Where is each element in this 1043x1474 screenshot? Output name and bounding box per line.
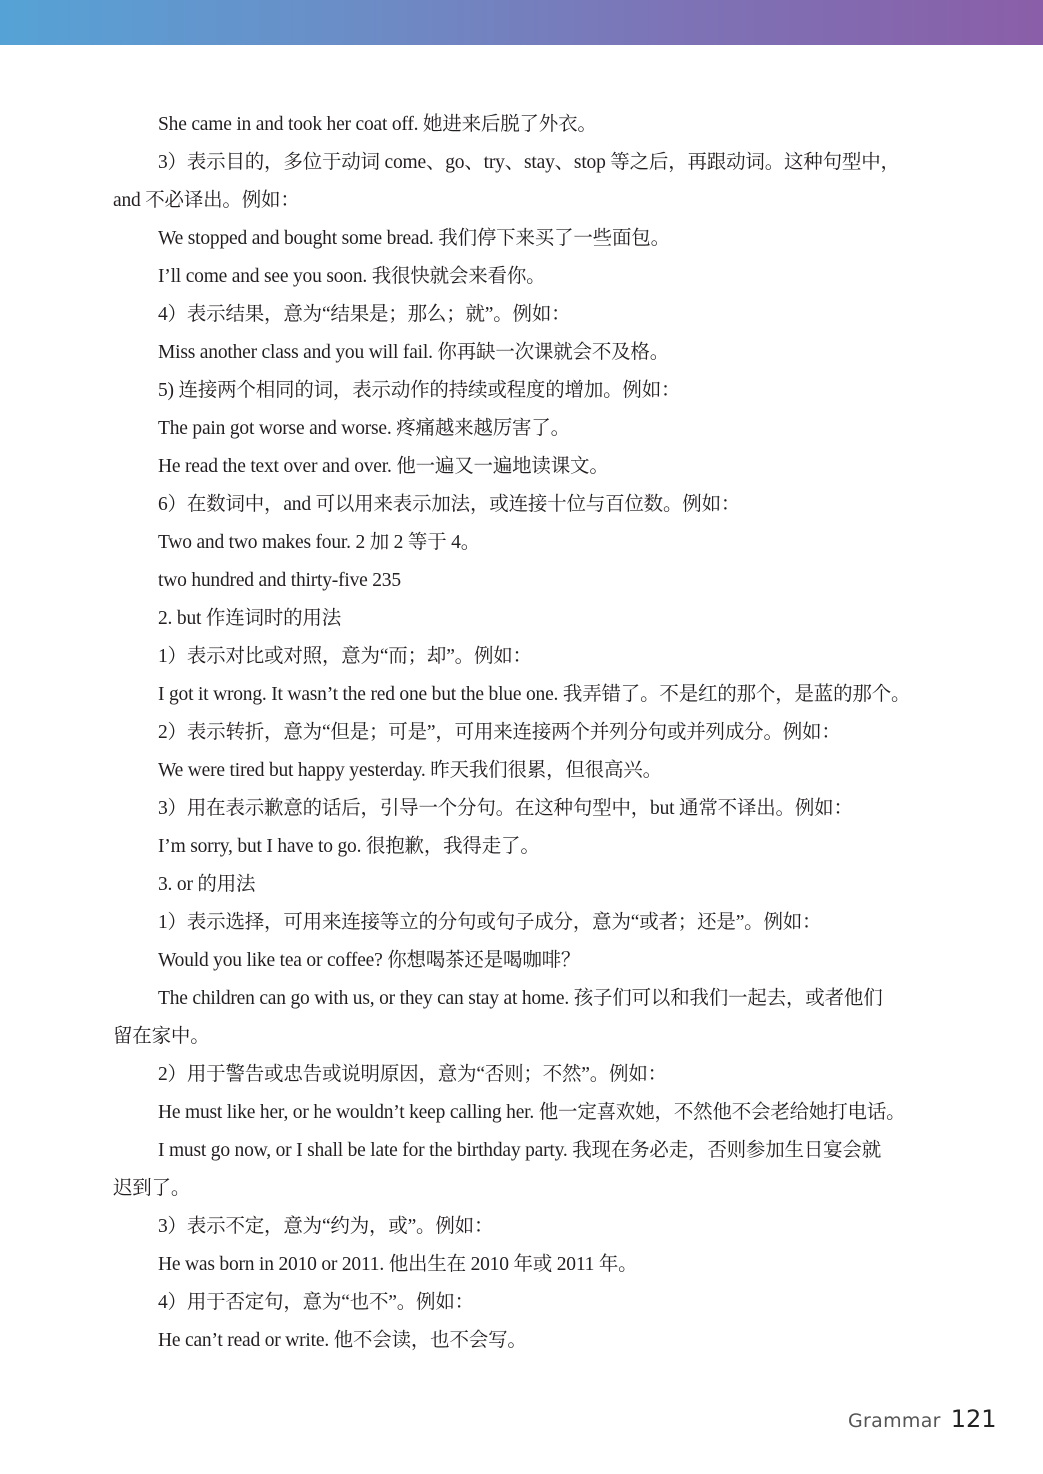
- text-line: two hundred and thirty-five 235: [158, 569, 401, 593]
- header-gradient-bar: [0, 0, 1043, 45]
- text-line: We stopped and bought some bread. 我们停下来买…: [158, 227, 670, 251]
- text-line: I got it wrong. It wasn’t the red one bu…: [158, 683, 910, 707]
- text-line: 5) 连接两个相同的词，表示动作的持续或程度的增加。例如：: [158, 379, 680, 403]
- text-line: 2. but 作连词时的用法: [158, 607, 341, 631]
- text-line: 3）表示不定，意为“约为，或”。例如：: [158, 1215, 493, 1239]
- text-line: 留在家中。: [113, 1025, 210, 1049]
- text-line: 6）在数词中，and 可以用来表示加法，或连接十位与百位数。例如：: [158, 493, 740, 517]
- text-line: He can’t read or write. 他不会读，也不会写。: [158, 1329, 527, 1353]
- text-line: Miss another class and you will fail. 你再…: [158, 341, 669, 365]
- text-line: 3. or 的用法: [158, 873, 255, 897]
- text-line: 2）用于警告或忠告或说明原因，意为“否则；不然”。例如：: [158, 1063, 667, 1087]
- text-line: 3）表示目的，多位于动词 come、go、try、stay、stop 等之后，再…: [158, 151, 900, 175]
- page-footer: Grammar 121: [848, 1405, 997, 1433]
- text-line: Two and two makes four. 2 加 2 等于 4。: [158, 531, 480, 555]
- text-line: 1）表示对比或对照，意为“而；却”。例如：: [158, 645, 532, 669]
- footer-section-label: Grammar: [848, 1410, 941, 1432]
- text-line: 3）用在表示歉意的话后，引导一个分句。在这种句型中，but 通常不译出。例如：: [158, 797, 853, 821]
- text-line: I must go now, or I shall be late for th…: [158, 1139, 881, 1163]
- text-line: I’ll come and see you soon. 我很快就会来看你。: [158, 265, 545, 289]
- text-line: The children can go with us, or they can…: [158, 987, 883, 1011]
- text-line: We were tired but happy yesterday. 昨天我们很…: [158, 759, 662, 783]
- text-line: 4）表示结果，意为“结果是；那么；就”。例如：: [158, 303, 570, 327]
- text-line: 4）用于否定句，意为“也不”。例如：: [158, 1291, 474, 1315]
- text-line: and 不必译出。例如：: [113, 189, 300, 213]
- text-line: The pain got worse and worse. 疼痛越来越厉害了。: [158, 417, 570, 441]
- text-line: 迟到了。: [113, 1177, 190, 1201]
- page-number: 121: [951, 1405, 997, 1433]
- text-line: She came in and took her coat off. 她进来后脱…: [158, 113, 597, 137]
- text-line: He must like her, or he wouldn’t keep ca…: [158, 1101, 905, 1125]
- text-line: He was born in 2010 or 2011. 他出生在 2010 年…: [158, 1253, 637, 1277]
- text-line: Would you like tea or coffee? 你想喝茶还是喝咖啡？: [158, 949, 580, 973]
- text-line: 2）表示转折，意为“但是；可是”，可用来连接两个并列分句或并列成分。例如：: [158, 721, 841, 745]
- text-line: He read the text over and over. 他一遍又一遍地读…: [158, 455, 609, 479]
- text-line: 1）表示选择，可用来连接等立的分句或句子成分，意为“或者；还是”。例如：: [158, 911, 821, 935]
- text-line: I’m sorry, but I have to go. 很抱歉，我得走了。: [158, 835, 540, 859]
